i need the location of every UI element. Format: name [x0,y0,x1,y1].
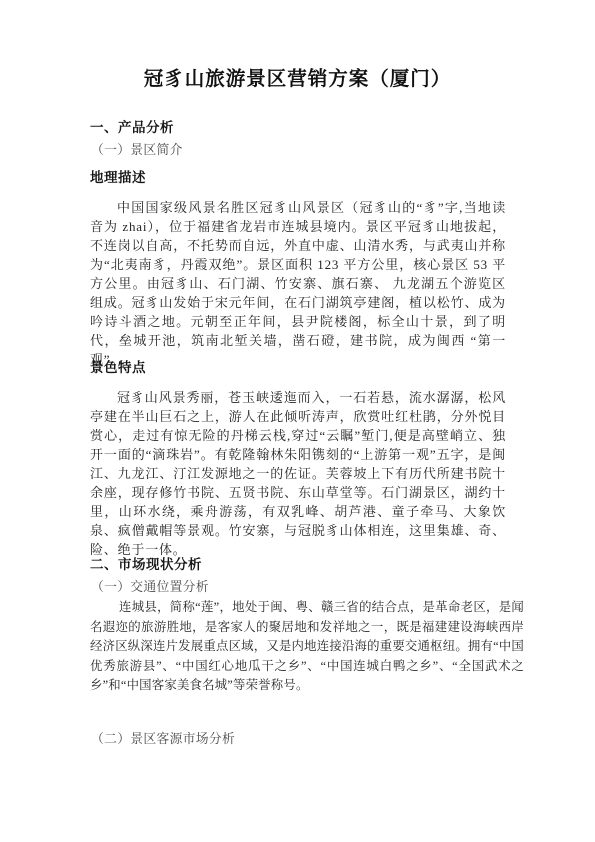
document-title: 冠豸山旅游景区营销方案（厦门） [0,63,595,91]
subsection-heading-visitor-source-market: （二）景区客源市场分析 [91,728,235,747]
heading-geographic-description: 地理描述 [90,166,146,186]
section-heading-product-analysis: 一、产品分析 [90,116,174,136]
paragraph-geographic-description: 中国国家级风景名胜区冠豸山风景区（冠豸山的“豸”字,当地读音为 zhai），位于… [90,198,506,369]
heading-scenery-features: 景色特点 [90,356,146,376]
subsection-heading-scenic-intro: （一）景区简介 [91,139,183,158]
paragraph-scenery-features: 冠豸山风景秀丽，苍玉峡逶迤而入，一石若悬，流水潺潺，松风亭建在半山巨石之上，游人… [90,388,506,559]
section-heading-market-analysis: 二、市场现状分析 [90,553,202,573]
document-page: 冠豸山旅游景区营销方案（厦门） 一、产品分析 （一）景区简介 地理描述 中国国家… [0,0,595,842]
paragraph-traffic-location: 连城县，简称“莲”，地处于闽、粤、赣三省的结合点，是革命老区，是闻名遐迩的旅游胜… [90,598,524,696]
subsection-heading-traffic-location: （一）交通位置分析 [91,576,209,595]
